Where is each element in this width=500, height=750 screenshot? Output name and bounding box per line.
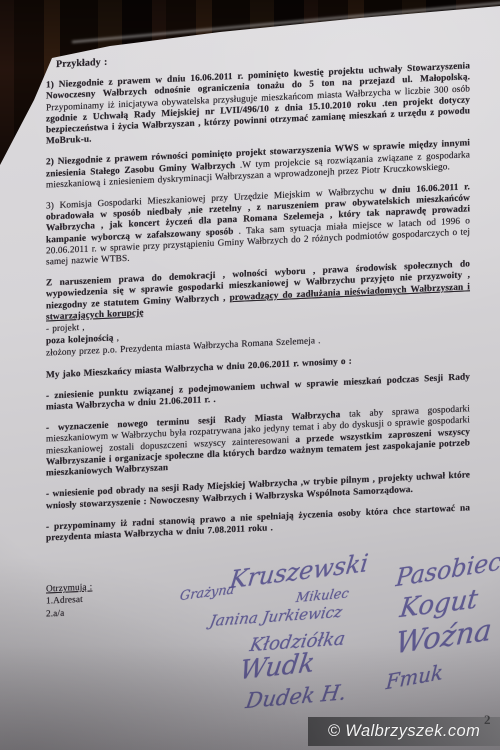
text-segment: ,: [117, 333, 119, 343]
document-text: Przykłady :1) Niezgodnie z prawem w dniu…: [36, 40, 472, 621]
watermark-text: © Walbrzyszek.com: [328, 722, 481, 741]
page-number: 2: [484, 712, 491, 728]
text-block: 1) Niezgodnie z prawem w dniu 16.06.2011…: [46, 61, 470, 147]
text-block: 2) Niezgodnie z prawem równości pominięt…: [46, 139, 470, 192]
text-segment: 2.a/a: [46, 608, 64, 619]
text-segment: Przykłady :: [56, 57, 107, 70]
text-block: 3) Komisja Gospodarki Mieszkaniowej przy…: [46, 182, 470, 268]
text-segment: - projekt ,: [46, 323, 85, 335]
text-block: - wyznaczenie nowego terminu sesji Rady …: [46, 405, 470, 480]
text-segment: 1.Adresat: [46, 595, 83, 607]
text-segment: Otrzymują :: [46, 583, 92, 595]
text-segment: My jako Mieszkańcy miasta Wałbrzycha w d…: [46, 356, 352, 380]
watermark-bar: © Walbrzyszek.com: [308, 717, 500, 746]
photo-of-document: Przykłady :1) Niezgodnie z prawem w dniu…: [0, 0, 500, 750]
